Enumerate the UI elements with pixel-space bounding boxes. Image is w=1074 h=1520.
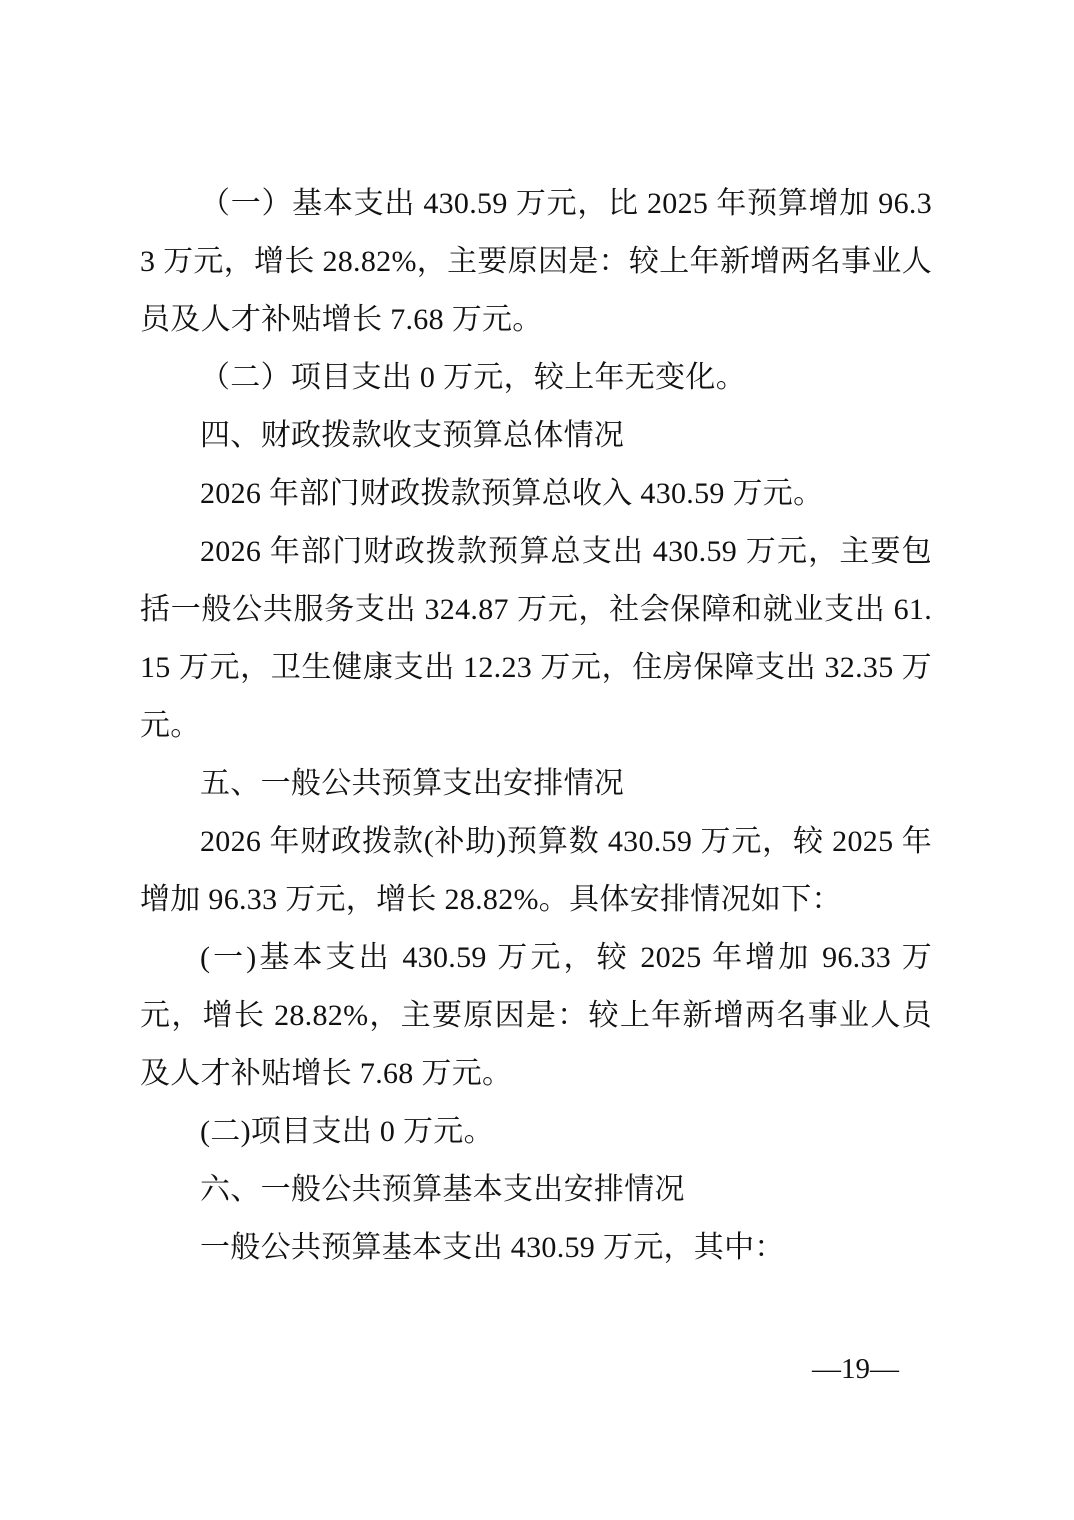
document-page: （一）基本支出 430.59 万元，比 2025 年预算增加 96.33 万元，… — [0, 0, 1074, 1520]
para-basic-expenditure-total: 一般公共预算基本支出 430.59 万元，其中： — [140, 1219, 932, 1277]
document-body: （一）基本支出 430.59 万元，比 2025 年预算增加 96.33 万元，… — [140, 175, 932, 1277]
page-number: —19— — [812, 1352, 899, 1386]
heading-section-6-basic-expenditure-arrangement: 六、一般公共预算基本支出安排情况 — [140, 1161, 932, 1219]
heading-section-4-fiscal-appropriation-overview: 四、财政拨款收支预算总体情况 — [140, 407, 932, 465]
para-total-budget-expenditure-breakdown: 2026 年部门财政拨款预算总支出 430.59 万元，主要包括一般公共服务支出… — [140, 523, 932, 755]
para-total-budget-revenue: 2026 年部门财政拨款预算总收入 430.59 万元。 — [140, 465, 932, 523]
para-basic-expenditure-increase-reason: (一)基本支出 430.59 万元，较 2025 年增加 96.33 万元，增长… — [140, 929, 932, 1103]
para-project-expenditure-no-change: （二）项目支出 0 万元，较上年无变化。 — [140, 349, 932, 407]
heading-section-5-general-public-budget-expenditure: 五、一般公共预算支出安排情况 — [140, 755, 932, 813]
para-basic-expenditure-comparison: （一）基本支出 430.59 万元，比 2025 年预算增加 96.33 万元，… — [140, 175, 932, 349]
para-subsidy-budget-increase: 2026 年财政拨款(补助)预算数 430.59 万元，较 2025 年增加 9… — [140, 813, 932, 929]
para-project-expenditure-zero: (二)项目支出 0 万元。 — [140, 1103, 932, 1161]
